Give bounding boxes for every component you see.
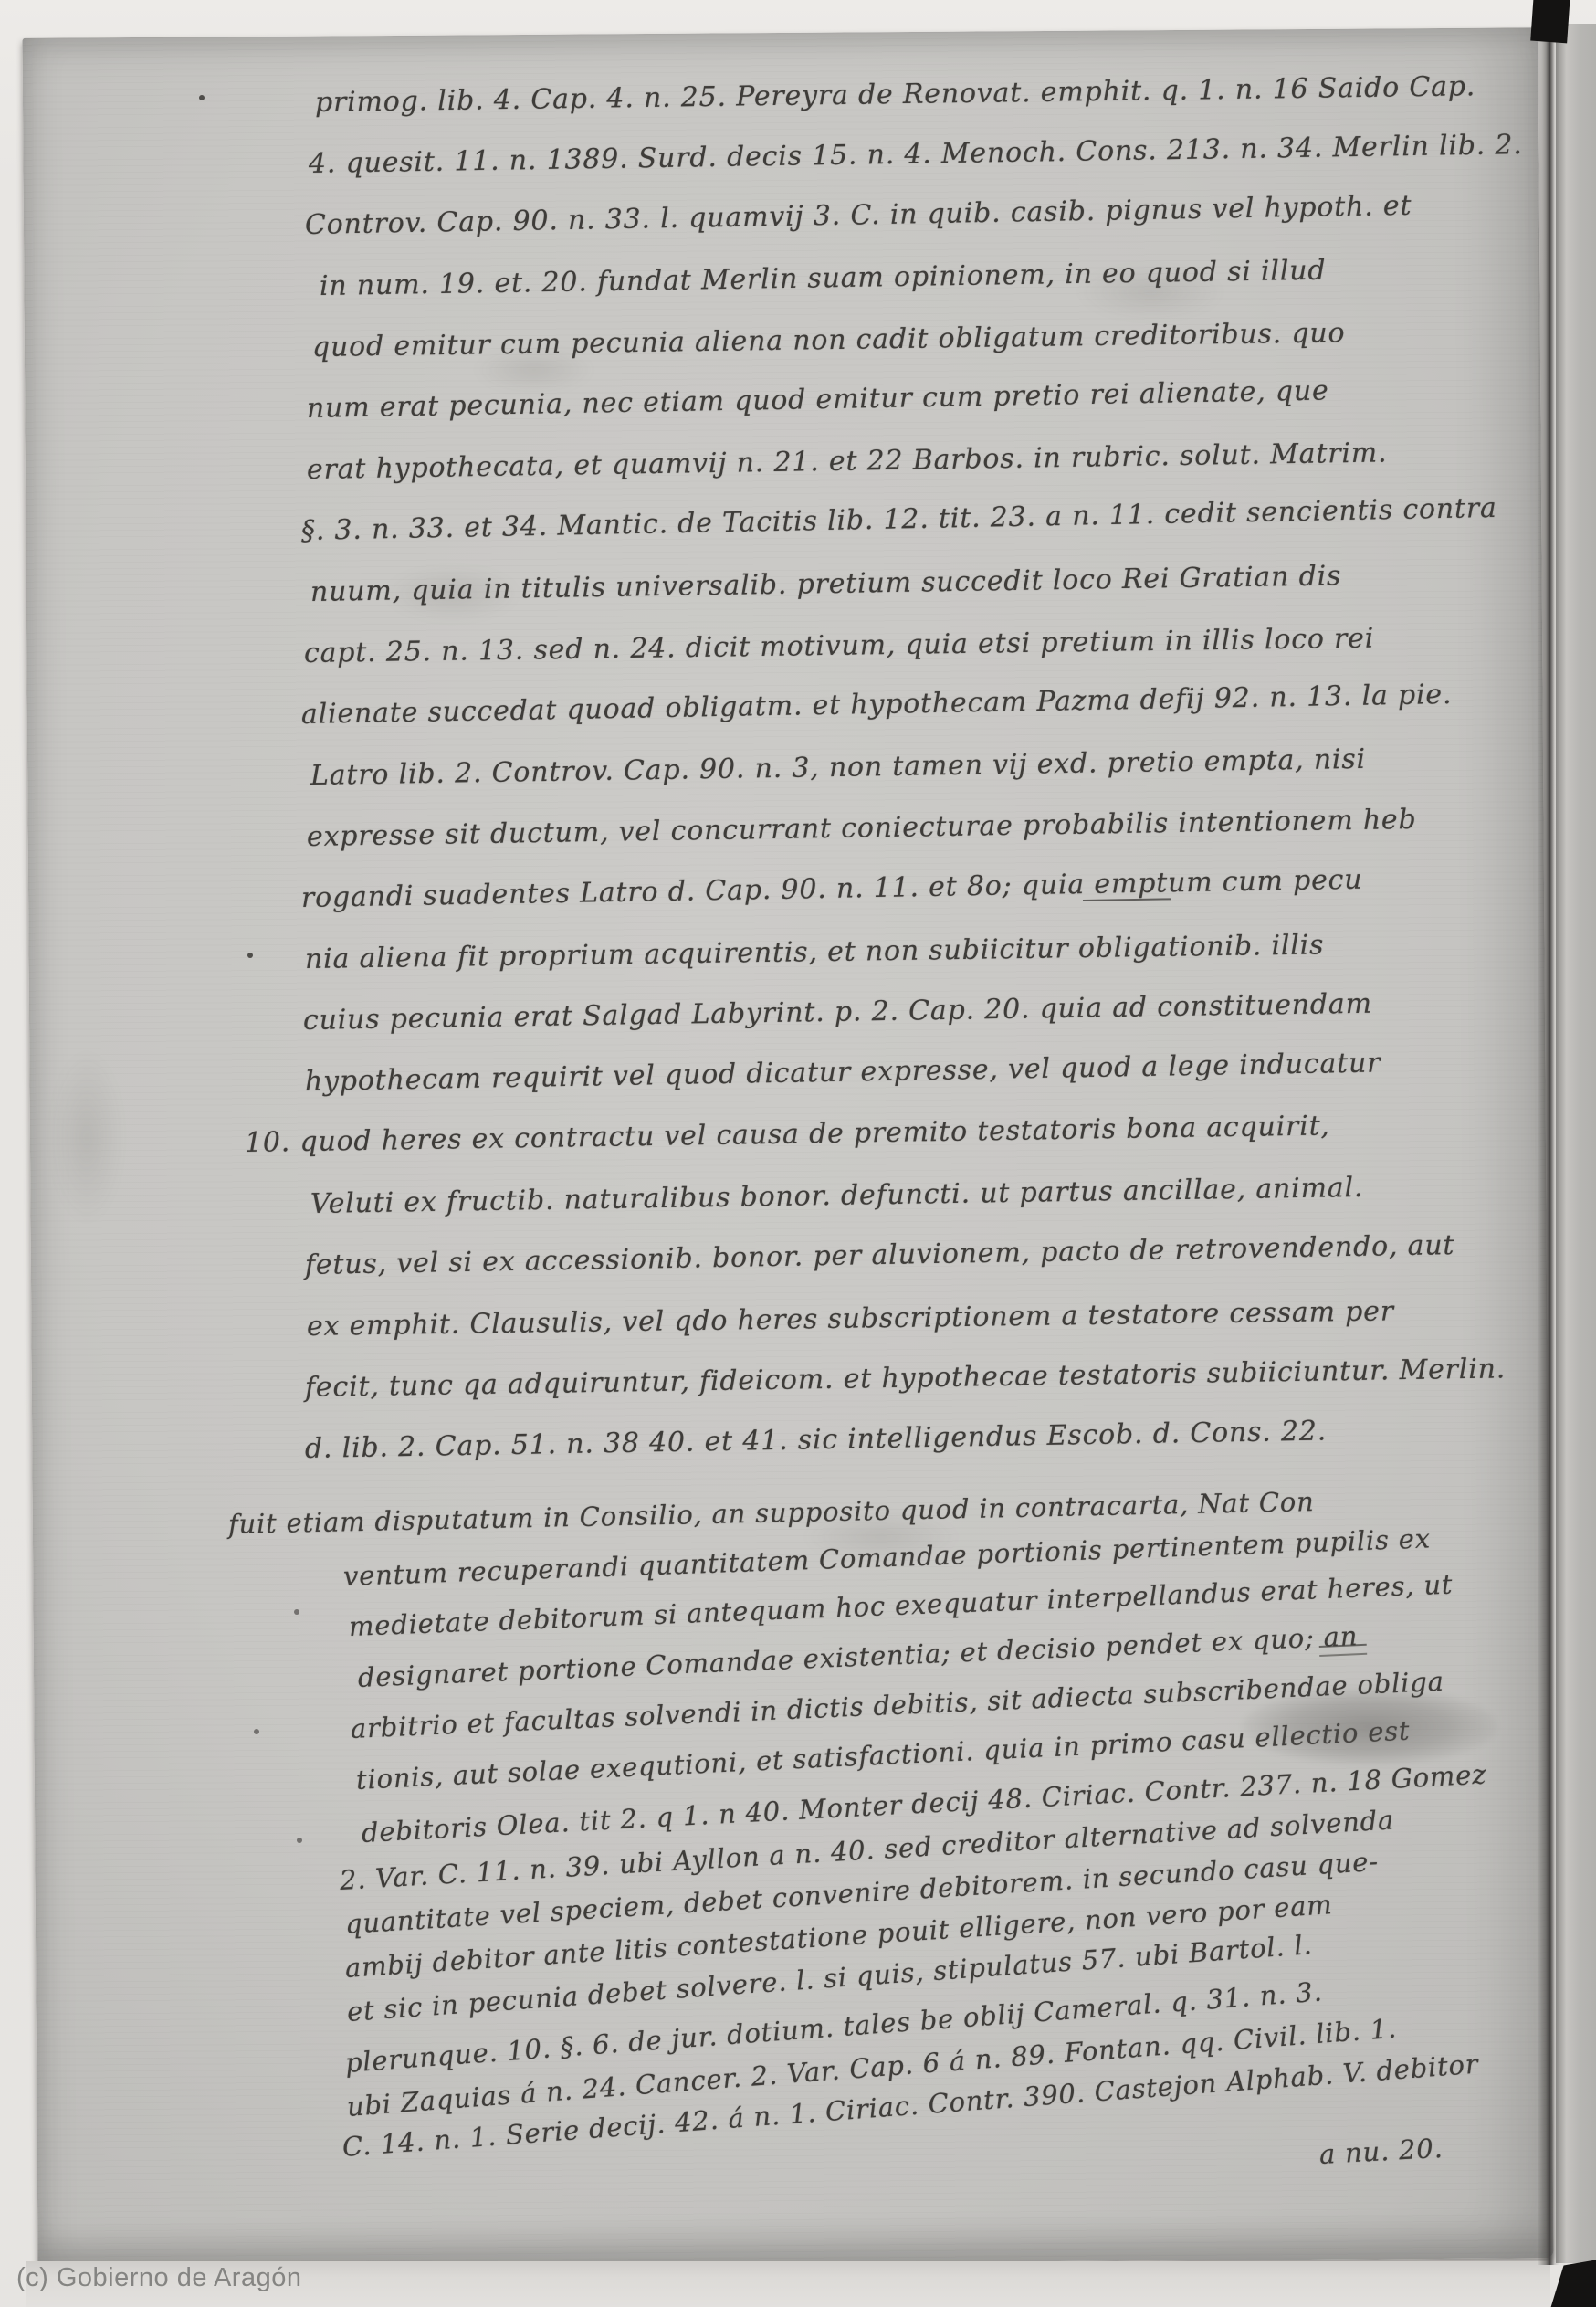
margin-ink-dot (199, 95, 205, 100)
double-underline-an (1319, 1644, 1367, 1657)
archive-watermark: (c) Gobierno de Aragón (16, 2263, 301, 2293)
margin-ink-dot (297, 1838, 302, 1843)
manuscript-closing-line: a nu. 20. (1318, 2129, 1444, 2174)
margin-ink-dot (294, 1609, 299, 1615)
adjacent-page-edge (1556, 24, 1596, 2263)
dark-background-top-corner (1530, 0, 1570, 43)
bleed-through-ghost (50, 1050, 123, 1224)
margin-ink-dot (254, 1729, 259, 1734)
erased-ink-smudge (1242, 1688, 1497, 1765)
dark-background-bottom-corner (1550, 2260, 1596, 2307)
scanned-manuscript: primog. lib. 4. Cap. 4. n. 25. Pereyra d… (0, 0, 1596, 2307)
margin-ink-dot (247, 953, 253, 958)
book-gutter-shadow (1538, 22, 1559, 2265)
